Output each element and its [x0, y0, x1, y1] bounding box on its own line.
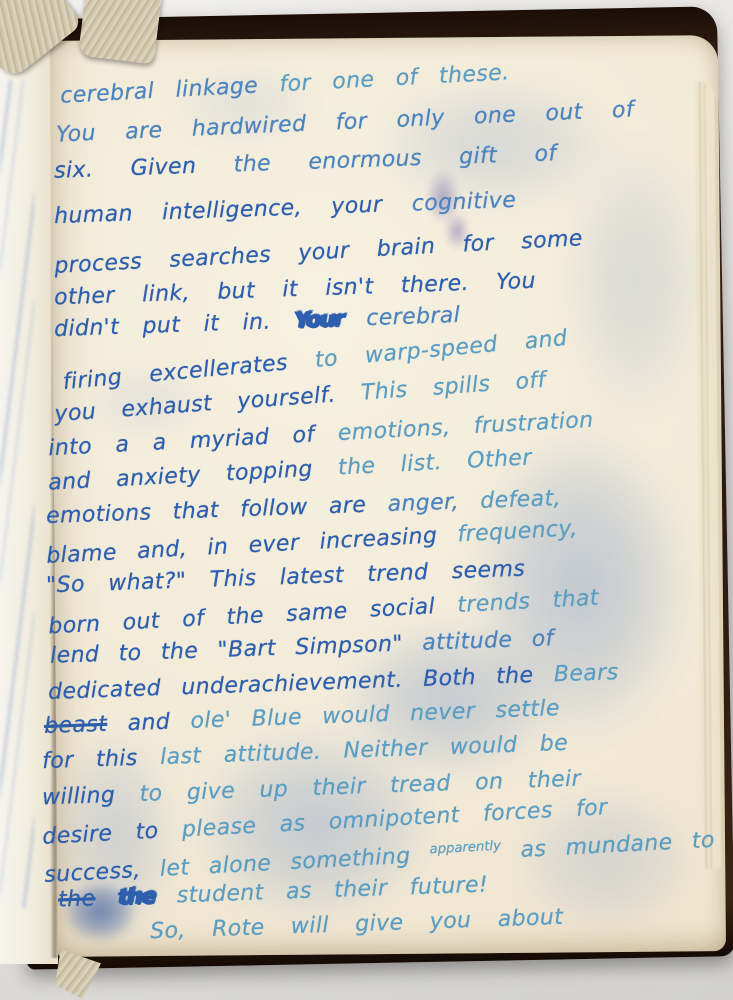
- handwriting-segment: defeat,: [480, 486, 562, 514]
- handwriting-segment: cerebral: [366, 303, 461, 331]
- handwriting-segment: apparently: [429, 839, 501, 858]
- handwriting-segment: anger,: [387, 490, 459, 517]
- handwriting-segment: cognitive: [411, 188, 516, 217]
- handwriting-segment: Both the: [423, 663, 534, 692]
- handwriting-segment: Bears: [553, 660, 618, 687]
- bookmark-ribbon: [78, 0, 162, 64]
- handwriting-segment: Your: [294, 307, 344, 334]
- photo-of-journal: cerebral linkage for one of these. You a…: [0, 0, 733, 1000]
- handwriting-segment: the: [117, 884, 154, 910]
- handwriting-segment: six. Given: [54, 154, 197, 184]
- page-fore-edge: [694, 81, 723, 869]
- handwriting-segment: willing: [42, 783, 116, 811]
- handwriting-segment: and: [127, 710, 170, 736]
- handwriting-segment: beast: [44, 712, 108, 739]
- handwriting-segment: for this: [42, 746, 138, 774]
- handwriting-segment: the: [58, 886, 96, 912]
- bleed-through-writing: [0, 80, 34, 907]
- handwriting-segment: success,: [44, 858, 141, 888]
- handwriting-segment: attitude of: [422, 626, 554, 656]
